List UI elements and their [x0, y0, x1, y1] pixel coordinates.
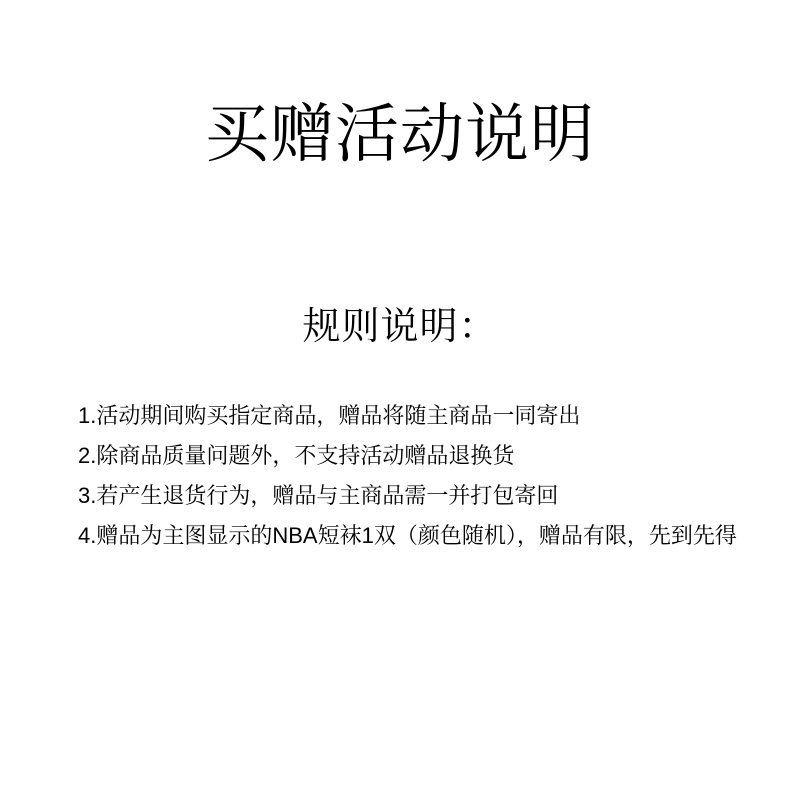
page-title: 买赠活动说明	[0, 0, 800, 173]
rules-list: 1.活动期间购买指定商品，赠品将随主商品一同寄出 2.除商品质量问题外，不支持活…	[78, 396, 760, 556]
promo-notice-page: 买赠活动说明 规则说明： 1.活动期间购买指定商品，赠品将随主商品一同寄出 2.…	[0, 0, 800, 800]
rule-item-3: 3.若产生退货行为，赠品与主商品需一并打包寄回	[78, 476, 760, 516]
rules-heading: 规则说明：	[0, 305, 800, 351]
rule-item-4: 4.赠品为主图显示的NBA短袜1双（颜色随机），赠品有限，先到先得	[78, 516, 760, 556]
rule-item-1: 1.活动期间购买指定商品，赠品将随主商品一同寄出	[78, 396, 760, 436]
rule-item-2: 2.除商品质量问题外，不支持活动赠品退换货	[78, 436, 760, 476]
